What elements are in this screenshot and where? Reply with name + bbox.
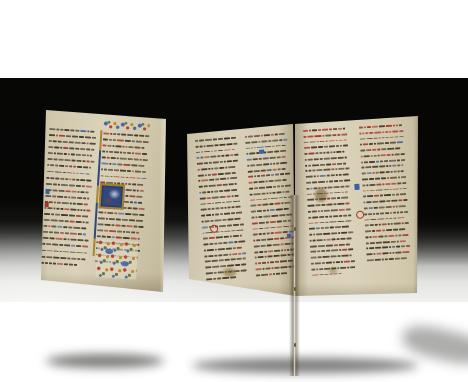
studio-backdrop-and-tabletop xyxy=(0,78,468,302)
left-manuscript-leaf xyxy=(36,104,170,296)
left-leaf-floor-shadow xyxy=(46,354,164,368)
bifolium-right-column-1 xyxy=(303,127,356,280)
block-ornament xyxy=(45,189,49,194)
block-ornament xyxy=(259,149,264,153)
block-ornament xyxy=(45,202,49,207)
floral-panel-ornament xyxy=(95,239,138,279)
stain-ornament xyxy=(329,268,337,274)
sewing-stitch xyxy=(294,287,296,291)
sewing-stitch xyxy=(294,227,296,231)
floral-strip-ornament xyxy=(103,120,150,132)
bifolium-right-page xyxy=(293,110,421,302)
bifolium-right-column-2 xyxy=(359,124,411,265)
bifolium-left-page xyxy=(183,118,299,302)
sewing-stitch xyxy=(294,343,296,347)
bifolium-right-text-block xyxy=(303,124,418,286)
bifolium-left-text-block xyxy=(195,133,299,288)
left-leaf-text-block xyxy=(40,120,154,286)
bifolium-gutter-fold xyxy=(289,195,300,376)
stain-ornament xyxy=(315,188,327,202)
left-leaf-column-1 xyxy=(41,128,97,270)
block-ornament xyxy=(354,184,359,190)
bifolium-floor-shadow xyxy=(192,358,418,373)
initial-large-ornament xyxy=(99,183,126,210)
auction-photograph xyxy=(0,0,468,382)
ring-ornament xyxy=(356,211,364,219)
stain-ornament xyxy=(223,268,236,277)
